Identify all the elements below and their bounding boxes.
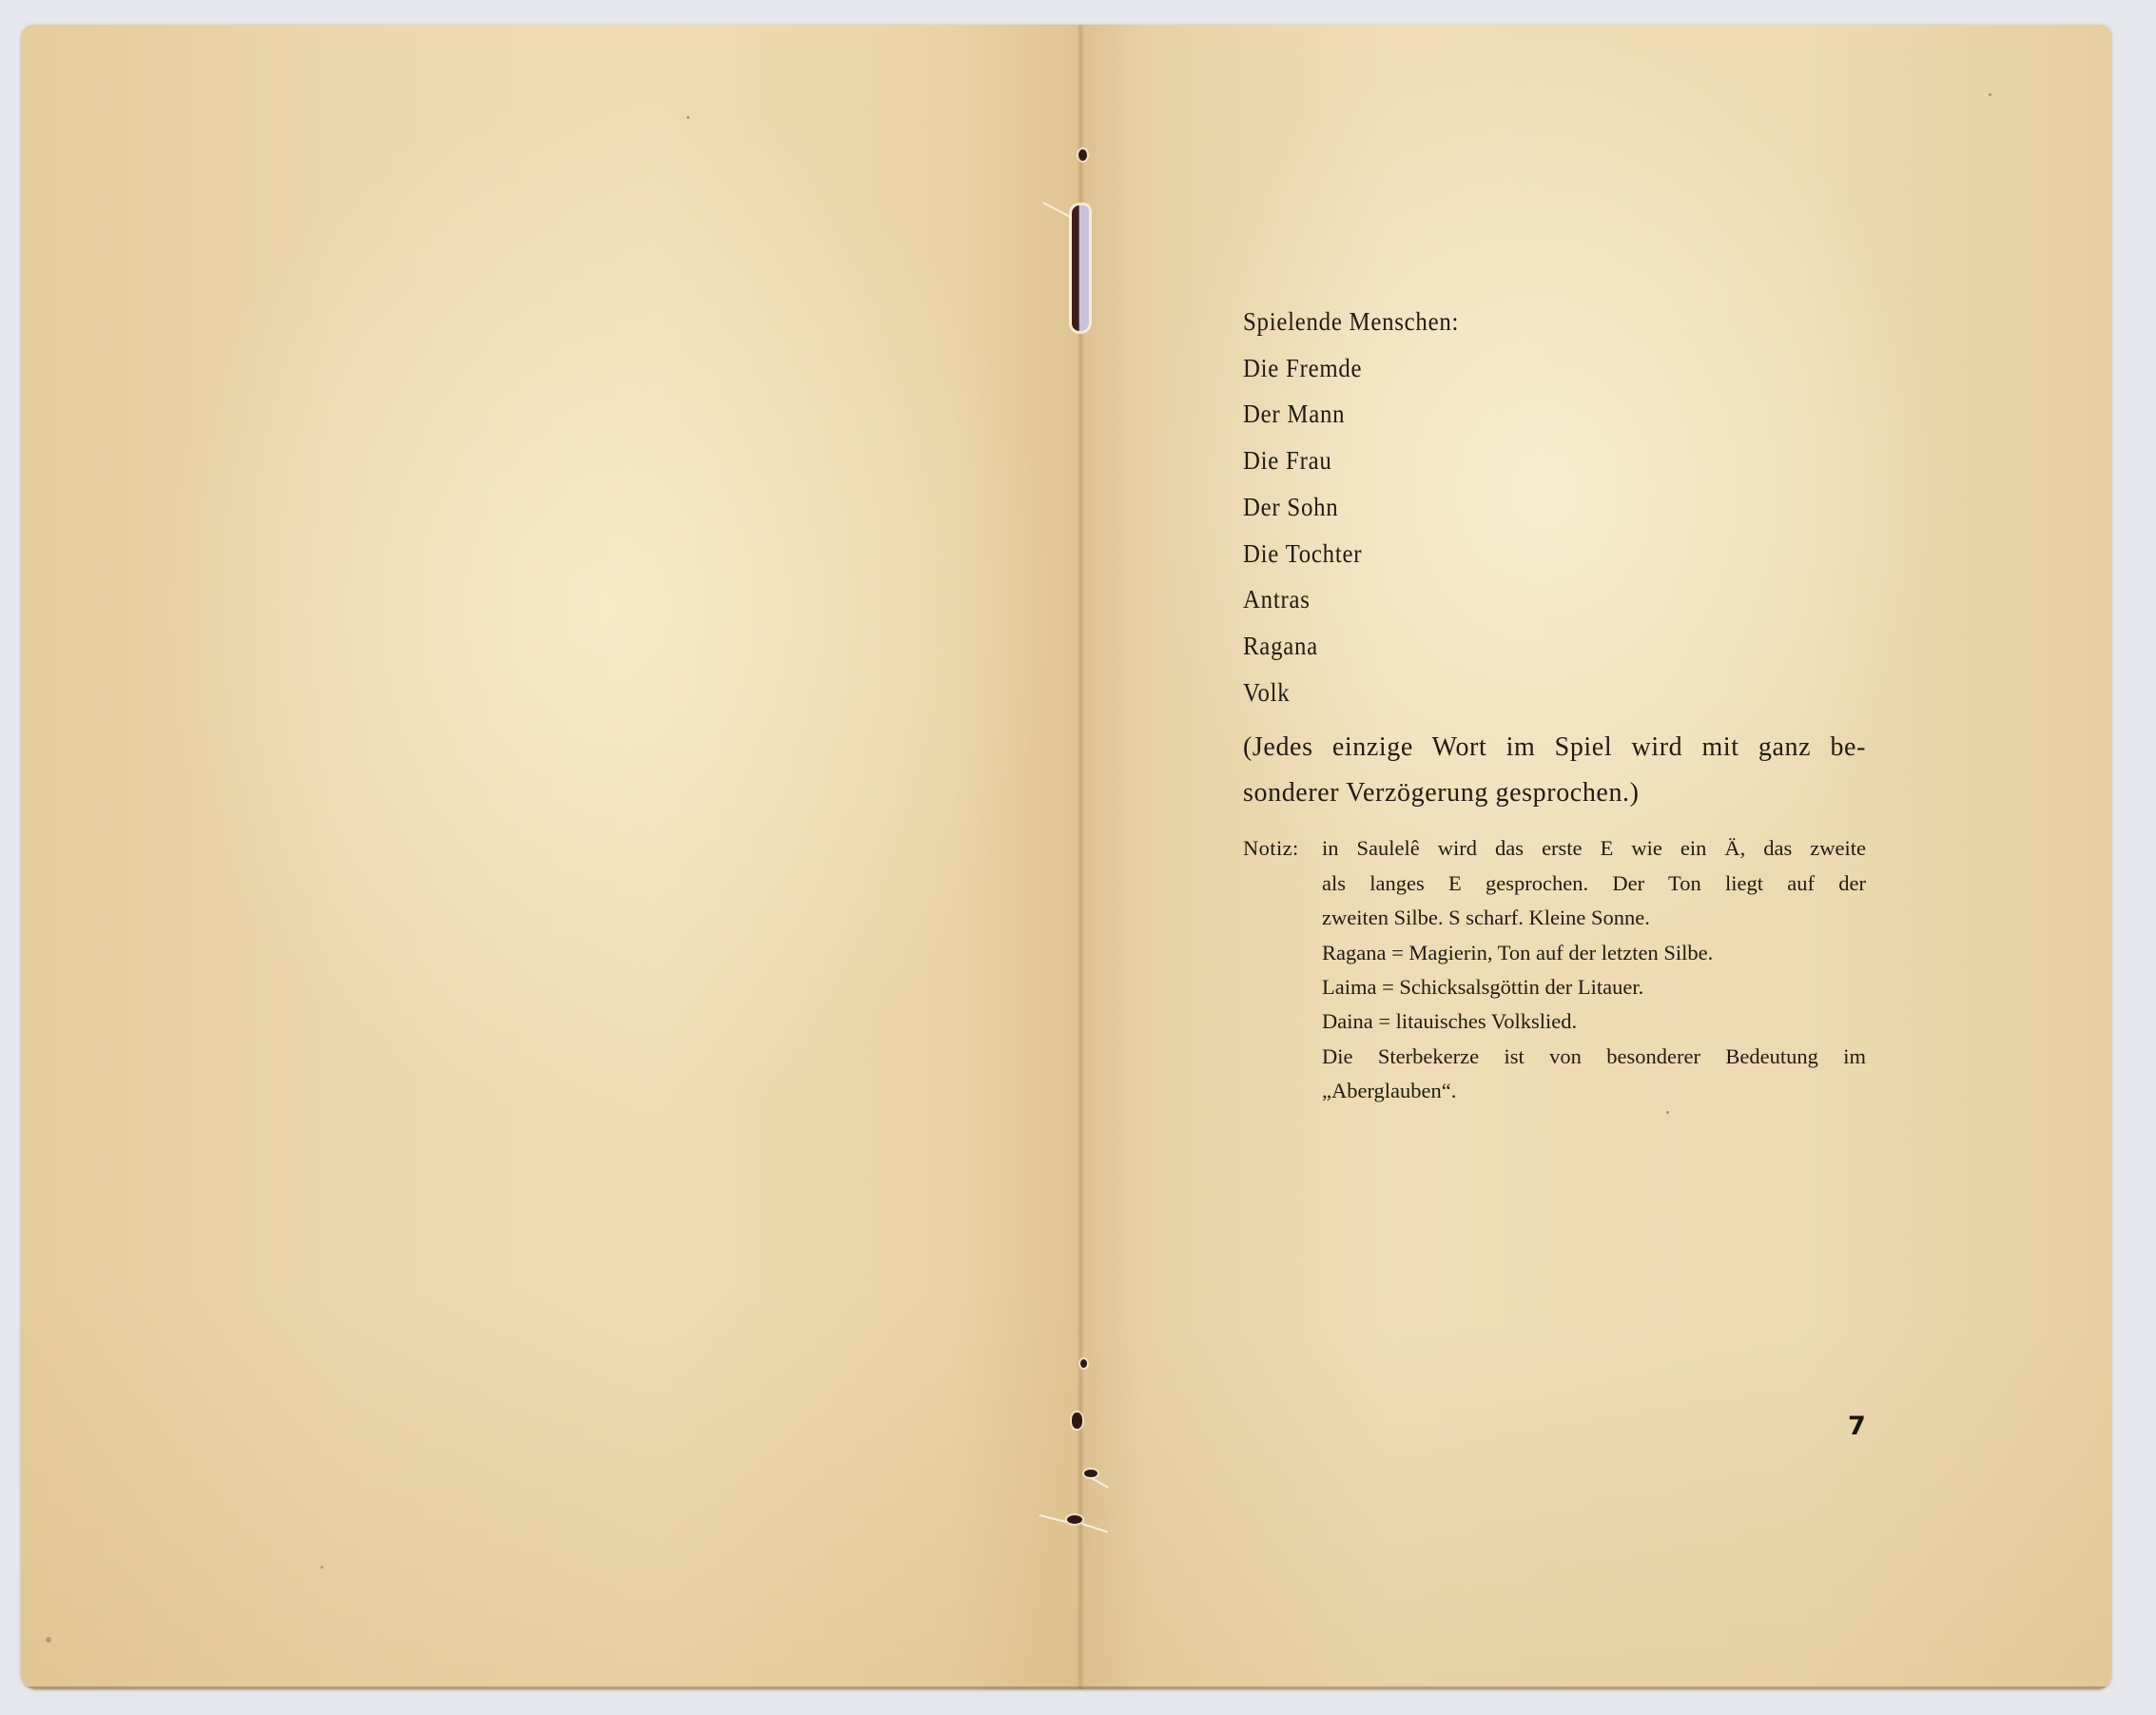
note-line: „Aberglauben“.	[1322, 1074, 1866, 1108]
stage-direction: (Jedes einzige Wort im Spiel wird mit ga…	[1243, 725, 1866, 816]
cast-item: Volk	[1243, 670, 1820, 716]
cast-item: Der Sohn	[1243, 484, 1820, 531]
cast-item: Ragana	[1243, 623, 1820, 670]
scanned-booklet-spread: Spielende Menschen: Die Fremde Der Mann …	[0, 0, 2156, 1715]
pronunciation-note: Notiz: in Saulelê wird das erste E wie e…	[1243, 831, 1871, 1108]
note-line: Laima = Schicksalsgöttin der Litauer.	[1322, 970, 1866, 1004]
paper-speck	[1666, 1111, 1669, 1114]
left-page-blank	[21, 25, 1080, 1689]
cast-item: Die Frau	[1243, 438, 1820, 484]
staple-hole	[1084, 1470, 1097, 1477]
note-label: Notiz:	[1243, 831, 1322, 1108]
paper-speck	[687, 116, 690, 119]
staple-hole	[1072, 1413, 1082, 1429]
cast-item: Antras	[1243, 576, 1820, 623]
cast-item: Die Tochter	[1243, 531, 1820, 577]
spine-tear	[1072, 205, 1089, 331]
cast-heading: Spielende Menschen:	[1243, 299, 1820, 345]
page-number: 7	[1848, 1412, 1866, 1441]
cast-item: Die Fremde	[1243, 345, 1820, 392]
staple-hole	[1080, 1359, 1087, 1368]
note-line: Daina = litauisches Volkslied.	[1322, 1004, 1866, 1039]
note-line: zweiten Silbe. S scharf. Kleine Sonne.	[1322, 901, 1866, 935]
note-line: als langes E gesprochen. Der Ton liegt a…	[1322, 867, 1866, 901]
note-line: Ragana = Magierin, Ton auf der letzten S…	[1322, 936, 1866, 970]
note-line: Die Sterbekerze ist von besonderer Bedeu…	[1322, 1040, 1866, 1074]
cast-list: Die Fremde Der Mann Die Frau Der Sohn Di…	[1243, 345, 1871, 716]
paper-speck	[1989, 93, 1991, 96]
paper-stain	[46, 1637, 51, 1643]
booklet-bottom-edge	[21, 1686, 2111, 1689]
note-line: in Saulelê wird das erste E wie ein Ä, d…	[1322, 831, 1866, 866]
staple-hole	[1067, 1515, 1082, 1524]
stage-direction-line: sonderer Verzögerung gesprochen.)	[1243, 770, 1866, 816]
note-body: in Saulelê wird das erste E wie ein Ä, d…	[1322, 831, 1866, 1108]
paper-speck	[320, 1566, 323, 1569]
stage-direction-line: (Jedes einzige Wort im Spiel wird mit ga…	[1243, 725, 1866, 770]
staple-hole	[1078, 149, 1087, 161]
cast-item: Der Mann	[1243, 391, 1820, 438]
dramatis-personae-block: Spielende Menschen: Die Fremde Der Mann …	[1243, 299, 1871, 1109]
